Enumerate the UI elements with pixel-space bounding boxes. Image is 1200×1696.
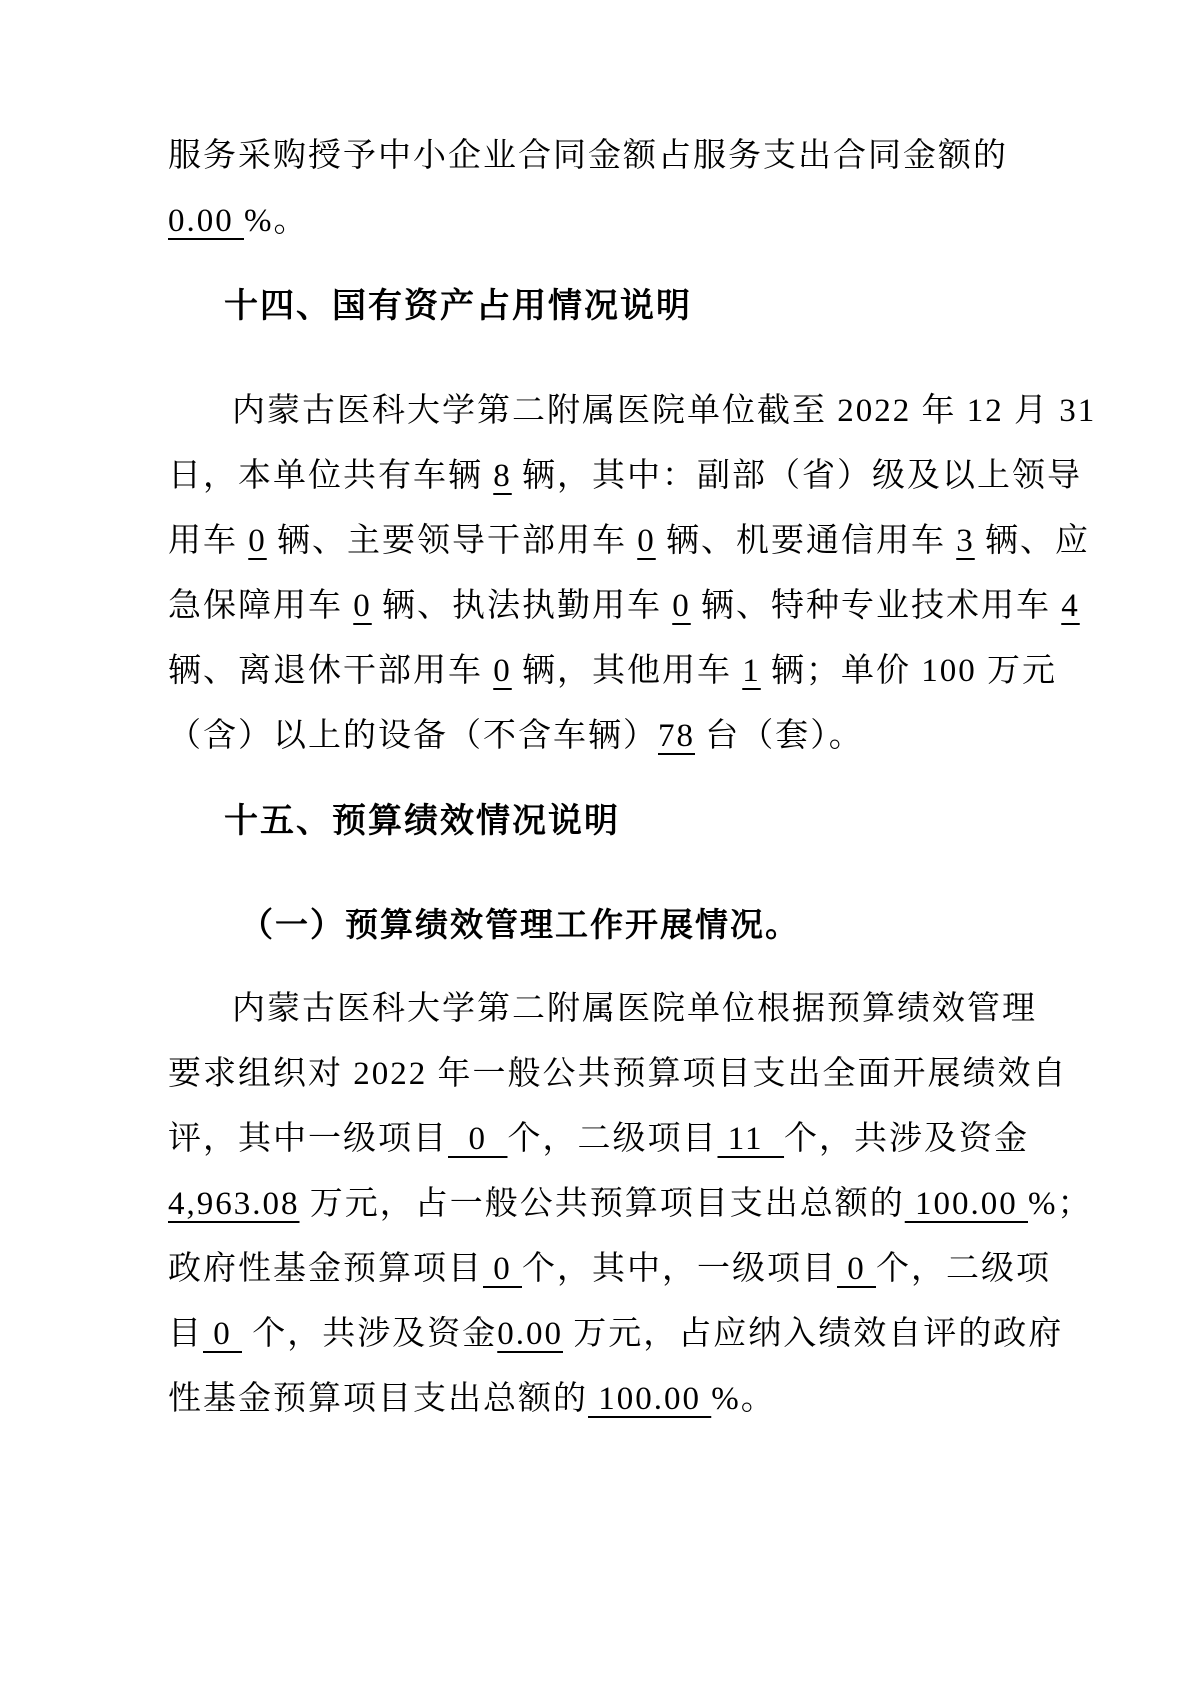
text-run: 万元，占一般公共预算项目支出总额的 [300, 1186, 905, 1222]
heading-section-15: 十五、预算绩效情况说明 [168, 789, 1038, 854]
underlined-value: 1 [742, 653, 761, 689]
para-state-assets: 内蒙古医科大学第二附属医院单位截至 2022 年 12 月 31日，本单位共有车… [168, 379, 1038, 769]
underlined-value: 0 [637, 523, 656, 559]
document-content: 服务采购授予中小企业合同金额占服务支出合同金额的0.00 %。十四、国有资产占用… [168, 0, 1038, 1432]
text-run: 政府性基金预算项目 [168, 1251, 483, 1287]
text-run: （含）以上的设备（不含车辆） [168, 718, 658, 754]
paragraph-line: 0.00 %。 [168, 189, 1038, 254]
text-run: 辆、主要领导干部用车 [267, 523, 638, 559]
underlined-value: 11 [718, 1121, 785, 1157]
text-run: %； [1028, 1186, 1093, 1222]
underlined-value: 0 [837, 1251, 876, 1287]
paragraph-line: 目 0 个，共涉及资金0.00 万元，占应纳入绩效自评的政府 [168, 1302, 1038, 1367]
text-run: 要求组织对 2022 年一般公共预算项目支出全面开展绩效自 [168, 1056, 1068, 1092]
underlined-value: 100.00 [588, 1381, 711, 1417]
underlined-value: 0.00 [497, 1316, 563, 1352]
text-run: 台（套）。 [695, 718, 864, 754]
subheading-15-1: （一）预算绩效管理工作开展情况。 [168, 894, 1038, 959]
paragraph-line: 要求组织对 2022 年一般公共预算项目支出全面开展绩效自 [168, 1042, 1038, 1107]
underlined-value: 4,963.08 [168, 1186, 300, 1222]
para-performance-self-evaluation: 内蒙古医科大学第二附属医院单位根据预算绩效管理要求组织对 2022 年一般公共预… [168, 977, 1038, 1432]
text-run: 辆、离退休干部用车 [168, 653, 493, 689]
text-run: 内蒙古医科大学第二附属医院单位截至 2022 年 12 月 31 [232, 393, 1096, 429]
underlined-value: 0 [448, 1121, 508, 1157]
text-run: 个，二级项目 [508, 1121, 718, 1157]
text-run: 内蒙古医科大学第二附属医院单位根据预算绩效管理 [232, 991, 1037, 1027]
text-run: 评，其中一级项目 [168, 1121, 448, 1157]
text-run: %。 [711, 1381, 776, 1417]
text-run: 用车 [168, 523, 248, 559]
underlined-value: 0 [672, 588, 691, 624]
text-run: 辆、特种专业技术用车 [691, 588, 1062, 624]
text-run: 万元，占应纳入绩效自评的政府 [563, 1316, 1063, 1352]
paragraph-line: 用车 0 辆、主要领导干部用车 0 辆、机要通信用车 3 辆、应 [168, 509, 1038, 574]
underlined-value: 4 [1061, 588, 1080, 624]
paragraph-line: （含）以上的设备（不含车辆）78 台（套）。 [168, 704, 1038, 769]
underlined-value: 0.00 [168, 203, 244, 239]
text-run: 辆、执法执勤用车 [372, 588, 673, 624]
paragraph-line: 性基金预算项目支出总额的 100.00 %。 [168, 1367, 1038, 1432]
paragraph-line: 服务采购授予中小企业合同金额占服务支出合同金额的 [168, 124, 1038, 189]
paragraph-line: 内蒙古医科大学第二附属医院单位根据预算绩效管理 [168, 977, 1038, 1042]
paragraph-line: 4,963.08 万元，占一般公共预算项目支出总额的 100.00 %； [168, 1172, 1038, 1237]
text-run: 个，共涉及资金 [242, 1316, 497, 1352]
text-run: 辆，其他用车 [512, 653, 743, 689]
paragraph-line: 急保障用车 0 辆、执法执勤用车 0 辆、特种专业技术用车 4 [168, 574, 1038, 639]
para-smb-service-contract: 服务采购授予中小企业合同金额占服务支出合同金额的0.00 %。 [168, 124, 1038, 254]
text-run: %。 [244, 203, 309, 239]
text-run: 个，其中，一级项目 [522, 1251, 837, 1287]
underlined-value: 0 [248, 523, 267, 559]
underlined-value: 78 [658, 718, 695, 754]
text-run: 辆、机要通信用车 [656, 523, 957, 559]
text-run: 辆，其中：副部（省）级及以上领导 [512, 458, 1082, 494]
underlined-value: 0 [493, 653, 512, 689]
paragraph-line: 日，本单位共有车辆 8 辆，其中：副部（省）级及以上领导 [168, 444, 1038, 509]
text-run: 日，本单位共有车辆 [168, 458, 493, 494]
paragraph-line: 内蒙古医科大学第二附属医院单位截至 2022 年 12 月 31 [168, 379, 1038, 444]
text-run: 急保障用车 [168, 588, 353, 624]
text-run: 性基金预算项目支出总额的 [168, 1381, 588, 1417]
text-run: 辆；单价 100 万元 [761, 653, 1057, 689]
text-run: 个，共涉及资金 [784, 1121, 1029, 1157]
document-page: 服务采购授予中小企业合同金额占服务支出合同金额的0.00 %。十四、国有资产占用… [0, 0, 1200, 1696]
underlined-value: 3 [956, 523, 975, 559]
text-run: 个，二级项 [876, 1251, 1051, 1287]
text-run: 服务采购授予中小企业合同金额占服务支出合同金额的 [168, 138, 1008, 174]
underlined-value: 0 [353, 588, 372, 624]
text-run: 辆、应 [975, 523, 1090, 559]
text-run: 目 [168, 1316, 203, 1352]
paragraph-line: 评，其中一级项目 0 个，二级项目 11 个，共涉及资金 [168, 1107, 1038, 1172]
paragraph-line: 政府性基金预算项目 0 个，其中，一级项目 0 个，二级项 [168, 1237, 1038, 1302]
underlined-value: 8 [493, 458, 512, 494]
underlined-value: 0 [483, 1251, 522, 1287]
paragraph-line: 辆、离退休干部用车 0 辆，其他用车 1 辆；单价 100 万元 [168, 639, 1038, 704]
underlined-value: 100.00 [905, 1186, 1028, 1222]
heading-section-14: 十四、国有资产占用情况说明 [168, 274, 1038, 339]
underlined-value: 0 [203, 1316, 242, 1352]
